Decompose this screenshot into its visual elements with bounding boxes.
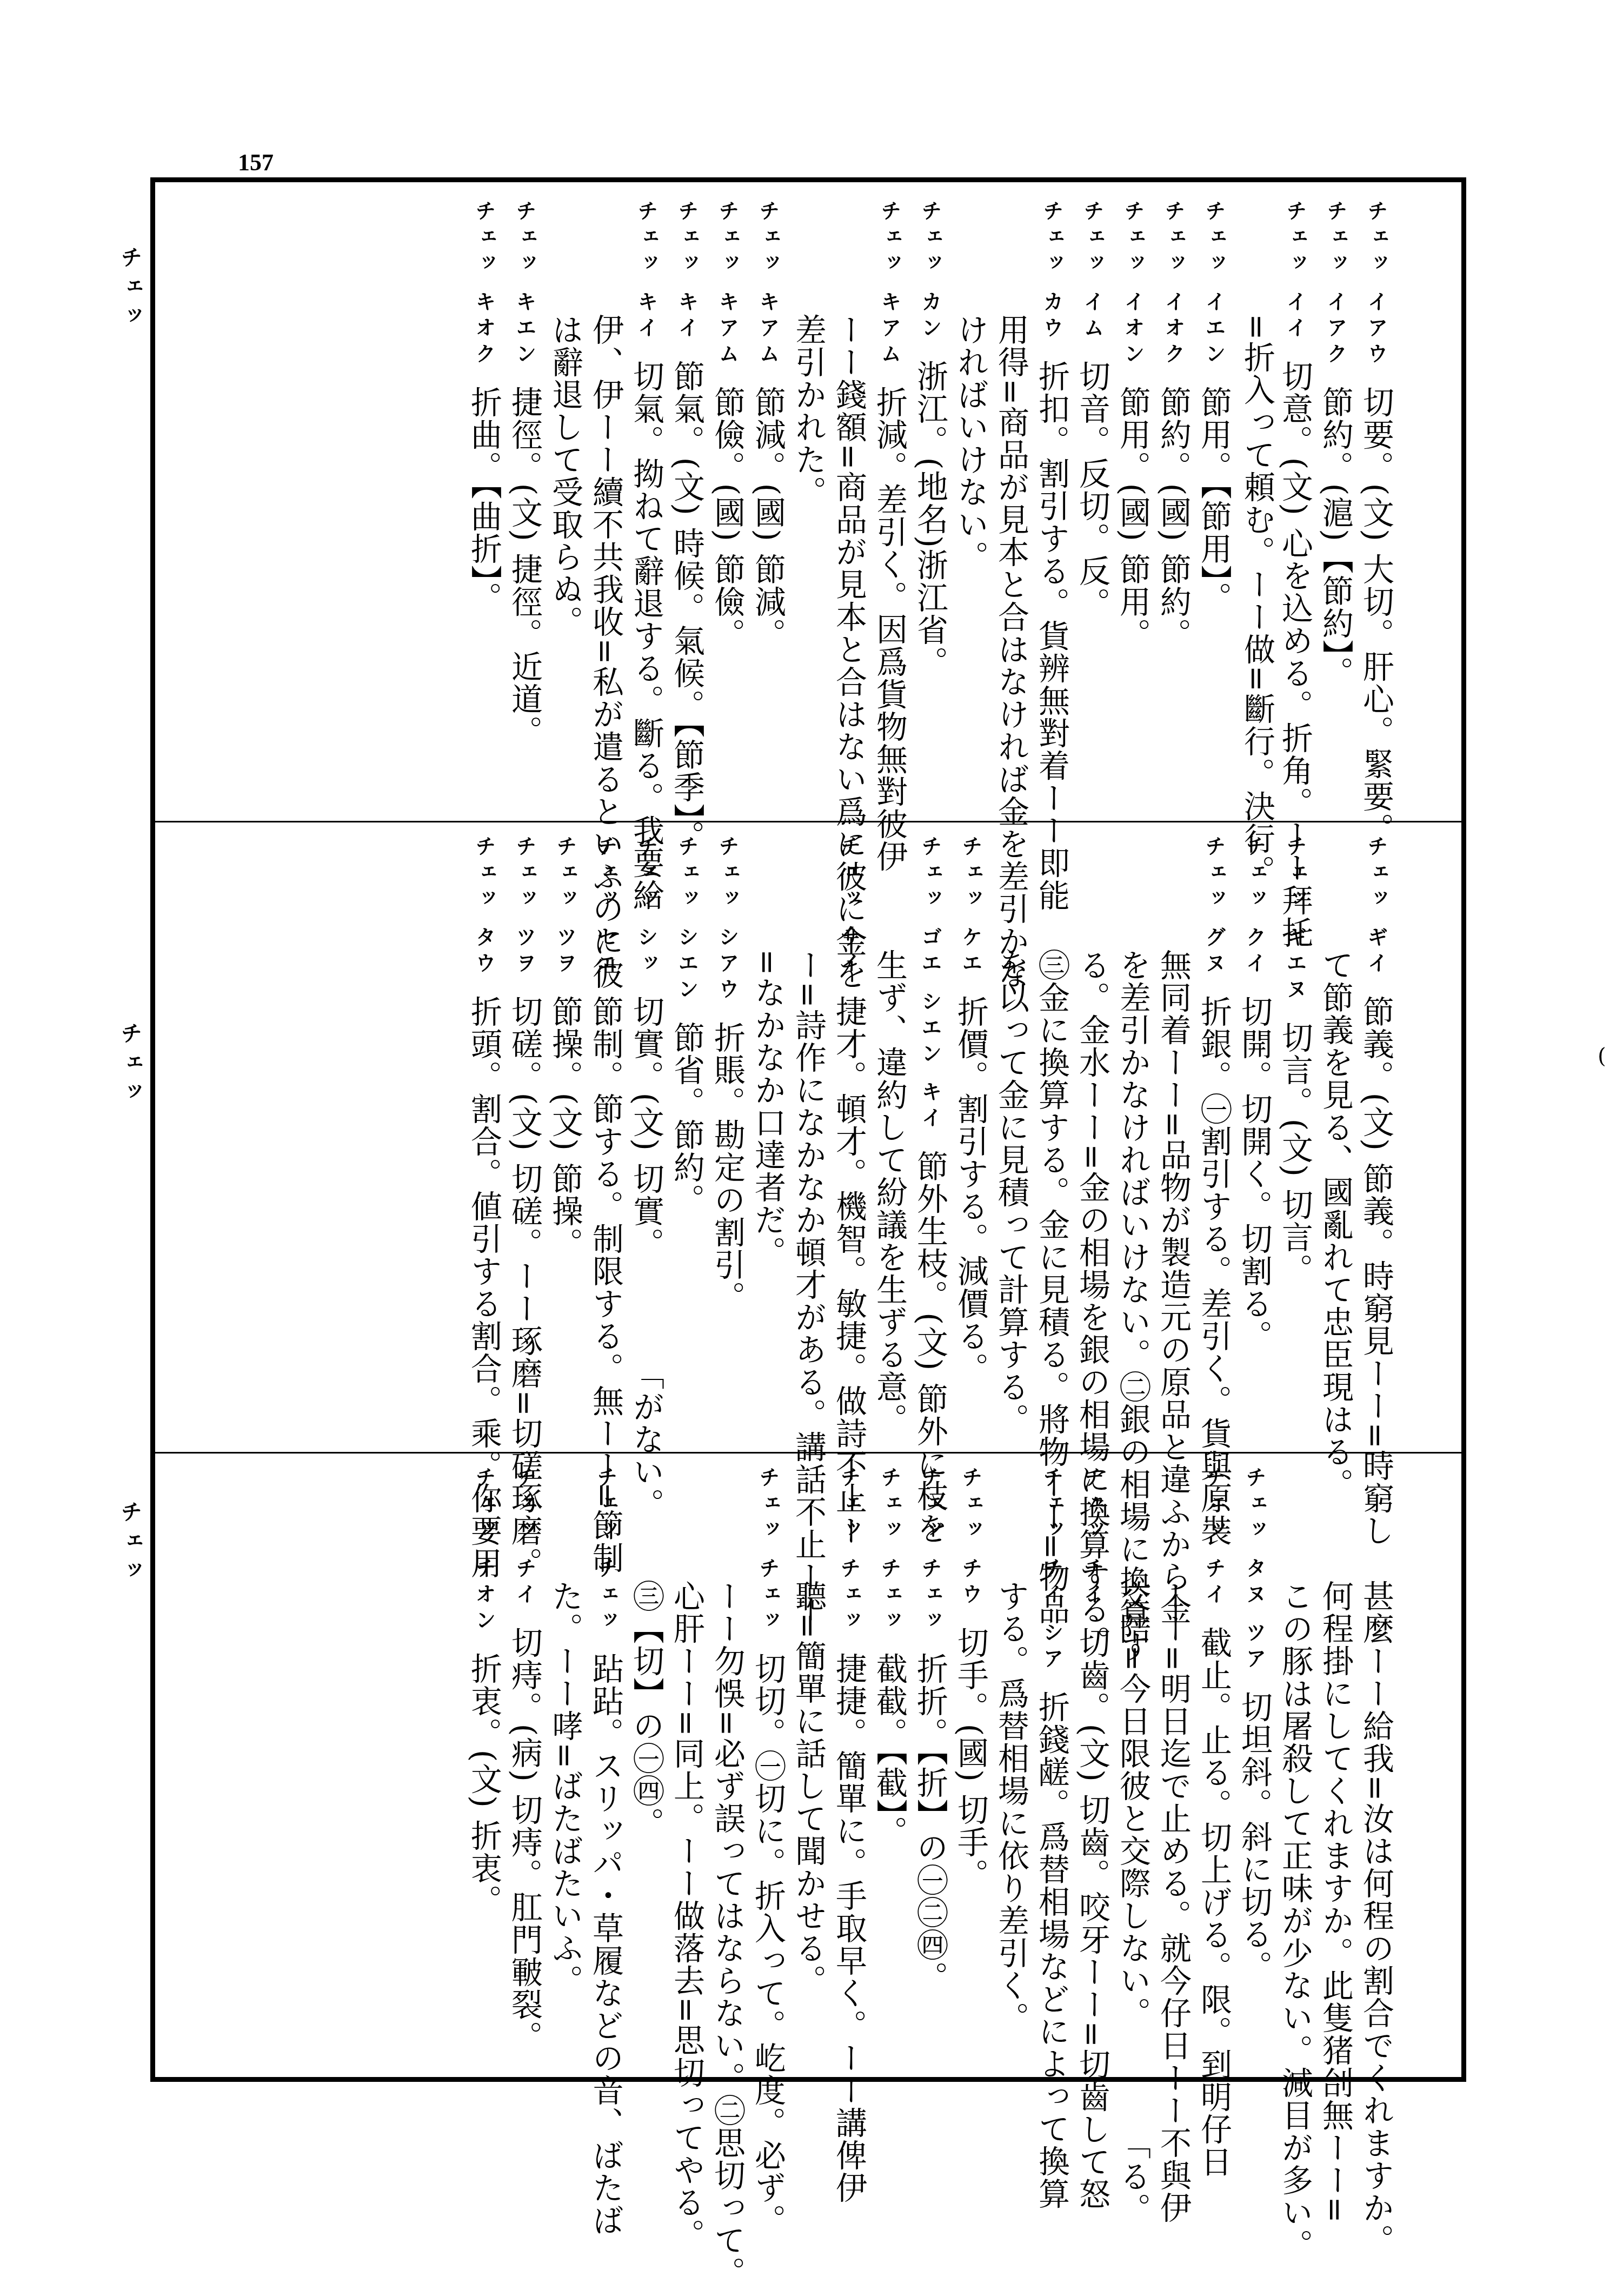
dictionary-entry: チェッ キオク 折曲。【曲折】。	[465, 200, 503, 614]
dictionary-entry: チェッ チイ 切齒。(文) 切齒。咬牙ーー=切齒して怒	[1073, 1466, 1111, 2211]
entry-headword: チェッ シエン	[675, 835, 699, 1004]
side-label-bottom: チェッ	[115, 1501, 145, 1588]
entry-definition: 何程掛にしてくれますか。此隻猪刣無ーー=	[1317, 1580, 1354, 2224]
dictionary-entry: チェッ ギイ 節義。(文) 節義。時窮見ーー=時窮し	[1357, 835, 1395, 1547]
entry-headword: チェッ ツヲ	[513, 835, 536, 978]
entry-headword: チェッ チイ	[1202, 1466, 1226, 1609]
entry-definition: 節省。節約。	[668, 1021, 705, 1216]
entry-headword: チェッ イオク	[1161, 200, 1185, 368]
entry-definition: て節義を見る、國亂れて忠臣現はる。	[1317, 949, 1354, 1501]
entry-definition: 切言。(文) 切言。	[1276, 1021, 1313, 1286]
dictionary-band-top: チェッ イアウ 切要。(文) 大切。肝心。緊要。チェッ イアク 節約。(滬)【節…	[162, 200, 1454, 811]
entry-continuation: ーー勿悞=必ず誤ってはならない。㊁思切って。	[708, 1466, 746, 2289]
entry-definition: 節約。(國) 節約。	[1155, 386, 1192, 651]
entry-headword: チェッ イイ	[1283, 200, 1307, 342]
dictionary-entry: チェッ イム 切音。反切。反。	[1073, 200, 1111, 620]
entry-headword: チェッ カン	[918, 200, 942, 342]
entry-definition: この豚は屠殺して正味が少ない。減目が多い。	[1276, 1580, 1313, 2261]
dictionary-entry: チェッ イアク 節約。(滬)【節約】。	[1316, 200, 1354, 689]
entry-headword: チェッ キエン	[513, 200, 536, 368]
entry-headword: チェッ シッ	[634, 835, 658, 978]
entry-definition: 節約。(滬)【節約】。	[1317, 386, 1354, 689]
entry-definition: 差引かれた。	[790, 314, 827, 508]
entry-continuation: ㊂【切】の㊀㊃。	[627, 1466, 665, 1840]
entry-definition: =折入って頼む。ーー做=斷行。決行。	[1239, 314, 1275, 887]
dictionary-entry: チェッ キアム 折減。差引く。因爲貨物無對彼伊	[870, 200, 908, 873]
entry-headword: チェッ イアク	[1323, 200, 1347, 368]
dictionary-band-middle: チェッ ギイ 節義。(文) 節義。時窮見ーー=時窮して節義を見る、國亂れて忠臣現…	[162, 835, 1454, 1446]
entry-definition: 甚麼ーー給我=汝は何程の割合でくれますか。	[1358, 1580, 1394, 2257]
entry-definition: 節義。(文) 節義。時窮見ーー=時窮し	[1358, 996, 1394, 1547]
entry-definition: を以って金に見積って計算する。	[993, 949, 1029, 1436]
entry-headword: チェッ チェッ	[918, 1466, 942, 1635]
entry-headword: チェッ シアウ	[715, 835, 739, 1004]
entry-definition: 交陪=今日限彼と交際しない。 「る。	[1114, 1580, 1151, 2225]
entry-definition: する。爲替相場に依り差引く。	[993, 1580, 1029, 2034]
entry-headword: チェッ ケエ	[959, 835, 982, 978]
dictionary-entry: チェッ タヌ ツア 切坦斜。斜に切る。	[1235, 1466, 1273, 1983]
entry-continuation: =なかなか口達者だ。	[749, 835, 787, 1269]
entry-definition: 折曲。【曲折】。	[465, 386, 502, 614]
dictionary-entry: チェッ グヌ 折銀。㊀割引する。差引く。貨與原裝	[1195, 835, 1233, 1547]
dictionary-entry: チェッ チェッ 折折。【折】の㊀㊁㊃。	[911, 1466, 949, 1994]
entry-definition: 折賬。勘定の割引。	[709, 1021, 746, 1313]
entry-definition: 切坦斜。斜に切る。	[1236, 1691, 1273, 1983]
dictionary-entry: チェッ ケエ 折價。割引する。減價る。	[952, 835, 989, 1385]
entry-headword: チェッ イオン	[1121, 200, 1145, 368]
edge-mark: (	[1598, 1044, 1606, 1069]
entry-definition: 節減。(國) 節減。	[749, 386, 786, 651]
dictionary-entry: チェッ キイ 切氣。拗ねて辭退する。斷る。我要給	[627, 200, 665, 912]
dictionary-entry: チェッ イオク 節約。(國) 節約。	[1154, 200, 1192, 651]
entry-headword: チェッ グヌ	[1202, 835, 1226, 978]
entry-headword: チェッ クイ	[1242, 835, 1266, 978]
entry-headword: チェッ セエ	[594, 835, 617, 978]
entry-headword: チェッ キオク	[472, 200, 496, 368]
entry-continuation: 何程掛にしてくれますか。此隻猪刣無ーー=	[1316, 1466, 1354, 2224]
entry-headword: チェッ サイ	[837, 835, 861, 978]
dictionary-entry: チェッ イオン 節用。(國) 節用。	[1114, 200, 1152, 651]
entry-definition: 折減。差引く。因爲貨物無對彼伊	[871, 386, 908, 873]
dictionary-entry: チェッ イアウ 切要。(文) 大切。肝心。緊要。	[1357, 200, 1395, 845]
entry-definition: 切要。(文) 大切。肝心。緊要。	[1358, 386, 1394, 846]
entry-headword: チェッ ゴエ シエン キイ	[918, 835, 942, 1133]
entry-continuation: する。爲替相場に依り差引く。	[992, 1466, 1030, 2034]
entry-continuation: ければいけない。	[952, 200, 989, 573]
entry-definition: 切痔。(病) 切痔。肛門皸裂。	[506, 1627, 543, 2054]
entry-definition: 切切。㊀切に。折入って。屹度。必ず。	[749, 1653, 786, 2237]
dictionary-entry: チェッ チェッ 截截。【截】。	[870, 1466, 908, 1848]
entry-continuation: た。ーー哮=ばたばたいふ。	[546, 1466, 584, 1997]
dictionary-band-bottom: 甚麼ーー給我=汝は何程の割合でくれますか。何程掛にしてくれますか。此隻猪刣無ーー…	[162, 1466, 1454, 2078]
entry-continuation: この豚は屠殺して正味が少ない。減目が多い。	[1276, 1466, 1314, 2261]
entry-definition: 節氣。(文) 時候。氣候。【節季】。	[668, 360, 705, 853]
entry-definition: 生ず、違約して紛議を生ずる意。	[871, 949, 908, 1436]
dictionary-entry: チェッ シアウ 折賬。勘定の割引。	[708, 835, 746, 1313]
entry-continuation: 聽=簡單に話して聞かせる。	[789, 1466, 827, 1997]
dictionary-entry: チェッ キイ 節氣。(文) 時候。氣候。【節季】。	[668, 200, 706, 853]
entry-definition: 切手。(國) 切手。	[952, 1627, 989, 1892]
entry-headword: チェッ キアム	[715, 200, 739, 368]
dictionary-entry: チェッ チオン 折衷。(文) 折衷。	[465, 1466, 503, 1917]
entry-headword: チェッ チイ	[1080, 1466, 1104, 1609]
dictionary-entry: チェッ チイ 切痔。(病) 切痔。肛門皸裂。	[505, 1466, 543, 2053]
dictionary-entry: チェッ ギエヌ 切言。(文) 切言。	[1276, 835, 1314, 1286]
entry-headword: チェッ イアウ	[1364, 200, 1388, 368]
entry-definition: た。ーー哮=ばたばたいふ。	[547, 1580, 583, 1997]
dictionary-entry: チェッ ツヲ 節操。(文) 節操。	[546, 835, 584, 1260]
dictionary-entry: チェッ カウ 折扣。割引する。貨辨無對着ーー即能	[1033, 200, 1070, 912]
entry-definition: 折扣。割引する。貨辨無對着ーー即能	[1033, 360, 1070, 912]
entry-continuation: 交陪=今日限彼と交際しない。 「る。	[1114, 1466, 1152, 2225]
dictionary-entry: チェッ チェッ 跕跕。スリッパ・草履などの音、ばたば	[587, 1466, 624, 2237]
entry-definition: ㊂【切】の㊀㊃。	[628, 1580, 664, 1840]
dictionary-entry: チェッ サイ 捷才。頓才。機智。敏捷。做詩不止ー	[830, 835, 868, 1547]
entry-headword: チェッ ツヲ	[553, 835, 577, 978]
entry-headword: チェッ チウ	[959, 1466, 982, 1609]
entry-continuation: 甚麼ーー給我=汝は何程の割合でくれますか。	[1357, 1466, 1395, 2257]
entry-definition: 節用。(國) 節用。	[1114, 386, 1151, 651]
entry-definition: 折錢鹾。爲替相場などによって換算	[1033, 1691, 1070, 2210]
entry-definition: 切音。反切。反。	[1074, 360, 1110, 620]
page-number: 157	[238, 149, 274, 176]
dictionary-entry: チェッ キアム 節儉。(國) 節儉。	[708, 200, 746, 651]
entry-headword: チェッ チェッ	[877, 1466, 901, 1635]
entry-definition: 切氣。拗ねて辭退する。斷る。我要給	[628, 360, 664, 912]
entry-headword: チェッ チイ	[513, 1466, 536, 1609]
dictionary-entry: チェッ シエン 節省。節約。	[668, 835, 706, 1216]
entry-definition: 跕跕。スリッパ・草履などの音、ばたば	[587, 1653, 624, 2237]
side-label-top: チェッ	[115, 246, 145, 334]
entry-definition: 節操。(文) 節操。	[547, 996, 583, 1260]
entry-continuation: ーー=明日迄で止める。就今仔日ーー不與伊	[1154, 1466, 1192, 2224]
dictionary-entry: チェッ チェッ 切切。㊀切に。折入って。屹度。必ず。	[749, 1466, 787, 2237]
dictionary-entry: チェッ シッ 切實。(文) 切實。 「がない。	[627, 835, 665, 1521]
entry-headword: チェッ チェッ	[837, 1466, 861, 1635]
entry-definition: 捷徑。(文) 捷徑。近道。	[506, 386, 543, 748]
entry-definition: 切實。(文) 切實。 「がない。	[628, 996, 664, 1521]
entry-definition: 切開。切開く。切割る。	[1236, 996, 1273, 1352]
entry-continuation: 差引かれた。	[789, 200, 827, 508]
entry-definition: 截截。【截】。	[871, 1653, 908, 1848]
entry-headword: チェッ タウ	[472, 835, 496, 978]
dictionary-entry: チェッ イエン 節用。【節用】。	[1195, 200, 1233, 614]
entry-headword: チェッ チェッ	[756, 1466, 780, 1635]
entry-definition: 截止。止る。切上げる。限。到明仔日	[1195, 1627, 1232, 2178]
entry-headword: チェッ キイ	[675, 200, 699, 342]
dictionary-entry: チェッ キエン 捷徑。(文) 捷徑。近道。	[505, 200, 543, 748]
entry-headword: チェッ ギイ	[1364, 835, 1388, 978]
entry-definition: 折價。割引する。減價る。	[952, 996, 989, 1385]
entry-headword: チェッ タヌ ツア	[1242, 1466, 1266, 1673]
dictionary-entry: チェッ チェッ 捷捷。簡單に。手取早く。ーー講俾伊	[830, 1466, 868, 2204]
entry-definition: 節儉。(國) 節儉。	[709, 386, 746, 651]
entry-definition: 捷捷。簡單に。手取早く。ーー講俾伊	[830, 1653, 867, 2204]
entry-headword: チェッ カウ	[1040, 200, 1063, 342]
entry-continuation: て節義を見る、國亂れて忠臣現はる。	[1316, 835, 1354, 1501]
side-label-middle: チェッ	[115, 1022, 145, 1110]
entry-definition: ーー勿悞=必ず誤ってはならない。㊁思切って。	[709, 1580, 746, 2289]
entry-continuation: は辭退して受取らぬ。	[546, 200, 584, 638]
dictionary-entry: チェッ カン 浙江。(地名)浙江省。	[911, 200, 949, 679]
entry-headword: チェッ チェッ	[594, 1466, 617, 1635]
entry-definition: 節用。【節用】。	[1195, 386, 1232, 614]
entry-definition: 折銀。㊀割引する。差引く。貨與原裝	[1195, 996, 1232, 1547]
entry-headword: チェッ キイ	[634, 200, 658, 342]
entry-definition: 捷才。頓才。機智。敏捷。做詩不止ー	[830, 996, 867, 1547]
entry-definition: 折衷。(文) 折衷。	[465, 1653, 502, 1917]
entry-continuation: =折入って頼む。ーー做=斷行。決行。	[1238, 200, 1276, 887]
entry-headword: チェッ イム	[1080, 200, 1104, 342]
entry-definition: 切齒。(文) 切齒。咬牙ーー=切齒して怒	[1074, 1627, 1110, 2211]
entry-definition: =なかなか口達者だ。	[749, 949, 786, 1269]
entry-headword: チェッ キアム	[877, 200, 901, 368]
entry-headword: チェッ チイ シア	[1040, 1466, 1063, 1673]
dictionary-entry: チェッ ゴエ シエン キイ 節外生枝。(文) 節外に枝を	[911, 835, 949, 1545]
entry-continuation: を以って金に見積って計算する。	[992, 835, 1030, 1436]
entry-definition: 聽=簡單に話して聞かせる。	[790, 1580, 827, 1997]
dictionary-entry: チェッ セエ 節制。節する。制限する。無ーー=節制	[587, 835, 624, 1574]
entry-continuation: 心肝ーー=同上。ーー做落去=思切ってやる。	[668, 1466, 706, 2251]
entry-definition: 折折。【折】の㊀㊁㊃。	[912, 1653, 948, 1994]
dictionary-entry: チェッ クイ 切開。切開く。切割る。	[1235, 835, 1273, 1352]
dictionary-entry: チェッ チイ 截止。止る。切上げる。限。到明仔日	[1195, 1466, 1233, 2178]
entry-definition: ければいけない。	[952, 314, 989, 573]
entry-headword: チェッ チオン	[472, 1466, 496, 1635]
dictionary-entry: チェッ キアム 節減。(國) 節減。	[749, 200, 787, 651]
entry-headword: チェッ イエン	[1202, 200, 1226, 368]
entry-headword: チェッ ギエヌ	[1283, 835, 1307, 1004]
entry-headword: チェッ キアム	[756, 200, 780, 368]
entry-definition: ーー=明日迄で止める。就今仔日ーー不與伊	[1155, 1580, 1192, 2224]
entry-continuation: 生ず、違約して紛議を生ずる意。	[870, 835, 908, 1436]
dictionary-entry: チェッ チウ 切手。(國) 切手。	[952, 1466, 989, 1891]
dictionary-entry: チェッ チイ シア 折錢鹾。爲替相場などによって換算	[1033, 1466, 1070, 2210]
entry-definition: 浙江。(地名)浙江省。	[912, 360, 948, 679]
entry-definition: は辭退して受取らぬ。	[547, 314, 583, 638]
entry-definition: 心肝ーー=同上。ーー做落去=思切ってやる。	[668, 1580, 705, 2251]
